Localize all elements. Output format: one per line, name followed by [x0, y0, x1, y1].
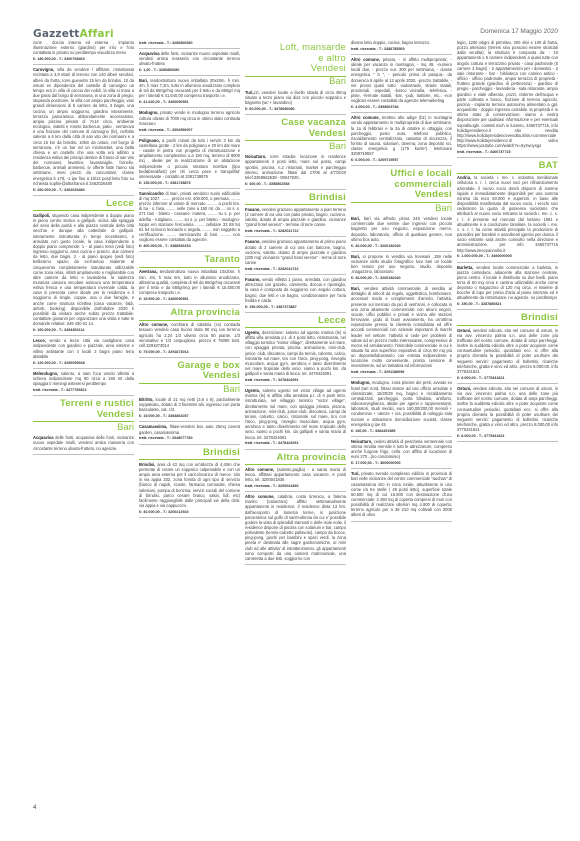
ad-body: Avetrana, tendostruttura nuova imballata…: [139, 269, 240, 295]
classified-ad: Fasano, vendesi grazioso appartamento a …: [245, 207, 346, 237]
ad-body: Ugento, descrizione: salento ad ugento m…: [245, 330, 346, 376]
ad-price-phone: €: 8.000,00 - T.: 3775341821: [457, 433, 558, 439]
ad-body: Modugno, modugno, zona piscine dei preti…: [351, 380, 452, 426]
section-header: Taranto: [139, 255, 240, 267]
ad-text: vendo villetta 1 piano, arredata, con gi…: [245, 277, 346, 303]
city-title: Bari: [351, 204, 452, 215]
ad-body: Bitritto, locale di 21 mq netti (3,6 x 6…: [139, 397, 240, 412]
ad-price-phone: €: 160.000,00 - T.: 3494306114: [33, 328, 134, 334]
ad-body: Acquaviva delle fonti, vicinanze nuovo o…: [139, 51, 240, 66]
section-header: Brindisi: [245, 193, 346, 205]
section-header: Altra provincia: [139, 308, 240, 320]
section-header: Altra provincia: [245, 453, 346, 465]
category-title: Lecce: [33, 199, 134, 210]
classified-ad: Acquaviva delle fonti, vicinanze nuovo o…: [139, 51, 240, 76]
classified-ad: Modugno, modugno, zona piscine dei preti…: [351, 380, 452, 436]
column-4: divano letto doppio, cucina, bagno terra…: [351, 40, 452, 803]
classified-ad: Bitritto, locale di 21 mq netti (3,6 x 6…: [139, 397, 240, 422]
section-divider: [245, 464, 346, 465]
ad-body: Sannicandro di Bari, privati vendono suo…: [139, 191, 240, 243]
ad-price-phone: tratt. riservata - T.: 3388785569: [351, 46, 452, 52]
ad-body: Altro comune, calabria, costa tirrenica,…: [245, 494, 346, 561]
ad-text: vendo a lecce città via castiglione casa…: [33, 338, 134, 358]
section-divider: [457, 325, 558, 326]
ad-body: Fasano, vendesi grazioso appartamento a …: [245, 207, 346, 228]
ad-body: Altro comune, (salento,puglia) - a santa…: [245, 467, 346, 482]
classified-ad: Turi,zzi, vendesi locale a livello strad…: [245, 90, 346, 115]
category-title: Taranto: [139, 255, 240, 266]
classified-ad: Turi, privato svende complesso edilizio …: [351, 471, 452, 522]
section-divider: [245, 204, 346, 205]
section-header: Brindisi: [457, 313, 558, 325]
category-subtitle: Vendesi: [245, 64, 346, 75]
section-header: Lecce: [245, 316, 346, 328]
ad-text: descrizione: salento ad ugento marina (l…: [245, 330, 346, 376]
masthead-accent: Affari: [80, 28, 114, 40]
section-divider: [139, 320, 240, 321]
ad-text: vendesi attività commerciale di vendita …: [351, 286, 452, 368]
ad-price-phone: tratt. riservata - T.: 3280860680: [139, 40, 240, 46]
ad-price-phone: €: 41.640,00 - T.: 3460090551: [139, 100, 240, 106]
classified-ad: Noicattaro, cedesi attività di pescheria…: [351, 439, 452, 469]
classified-ad: Altro comune, corchiara di calabria (cs)…: [139, 322, 240, 358]
ad-body: Polignano, a pochi minuti da tutti i ser…: [139, 138, 240, 179]
ad-text: privato svende complesso edilizio in pro…: [351, 471, 452, 517]
classified-ad: Ugento, salento ugento nel victor villag…: [245, 388, 346, 449]
section-header: Case vacanzaVendesiBari: [245, 118, 346, 152]
ad-text: di Bari, privati vendono suolo edificabi…: [139, 191, 240, 242]
ad-price-phone: €: 15.000,00 - T.: 3384864037: [139, 414, 240, 420]
section-divider: [33, 210, 134, 211]
ad-body: Turi,zzi, vendesi locale a livello strad…: [245, 90, 346, 105]
category-title: Case vacanza: [245, 118, 346, 129]
ad-price-phone: €: 180.000,00 - T.: 3400798463: [33, 57, 134, 63]
category-title: Loft, mansarde: [245, 43, 346, 54]
ad-text: locale di 21 mq netti (3,6 x 6), parzial…: [139, 397, 240, 412]
ad-price-phone: €: 60.000,00 - T.: 3478080080: [245, 106, 346, 112]
classified-ad: Sannicandro di Bari, privati vendono suo…: [139, 191, 240, 252]
ad-price-phone: €: 4.000,00 - T.: 3398663784: [351, 105, 452, 111]
ad-body: Altro comune, corchiara di calabria (cs)…: [139, 322, 240, 348]
ad-price-phone: €: 1.000.000,00 - T.: 3460000000: [457, 254, 558, 260]
page-number: 4: [33, 805, 36, 811]
classified-ad: Bari, vendesi attività commerciale di ve…: [351, 286, 452, 378]
column-2: tratt. riservata - T.: 3280860680Acquavi…: [139, 40, 240, 803]
category-subtitle: Vendesi: [33, 410, 134, 421]
ad-price-phone: tratt. riservata - T.: 3282041722: [245, 266, 346, 272]
ad-body: Ostuni, vendesi edicola, sita nel comune…: [457, 328, 558, 374]
category-title: Altra provincia: [139, 308, 240, 319]
ad-text: stupendo casa indipendente a doppio pian…: [33, 213, 134, 326]
city-title: Bari: [33, 423, 134, 434]
ad-body: Acquaviva delle fonti, acquaviva delle f…: [33, 435, 134, 450]
ad-body: zone , doccia interna ed esterna , impia…: [33, 40, 134, 55]
classified-ad: Lecce, vendo a lecce città via castiglio…: [33, 338, 134, 368]
category-title: Brindisi: [245, 193, 346, 204]
ad-price-phone: €: 400.000,00 - T.: 3388546154: [139, 244, 240, 250]
ad-body: divano letto doppio, cucina, bagno terra…: [351, 40, 452, 45]
category-subtitle: Vendesi: [139, 371, 240, 382]
ad-price-phone: tratt. riservata - T.: 3460737715: [457, 149, 558, 155]
classified-ad: Bari, tendostruttura nuovo imballata 20x…: [139, 78, 240, 108]
classified-ad: Casamassima, fittasi-vendesi box auto 25…: [139, 424, 240, 444]
masthead-prefix: Gazzett: [33, 28, 80, 40]
classified-ad: Avetrana, tendostruttura nuova imballata…: [139, 269, 240, 305]
ad-body: Modugno, privato vende in modugno terren…: [139, 110, 240, 125]
issue-date: Domenica 17 Maggio 2020: [480, 28, 558, 35]
ad-body: Fasano, vendo villetta 1 piano, arredata…: [245, 277, 346, 303]
classified-ad: Fasano, vendo villetta 1 piano, arredata…: [245, 277, 346, 313]
ad-price-phone: tratt. riservata - T.: 3477769822: [33, 387, 134, 393]
ad-text: modugno, zona piscine dei preti, avviato…: [351, 380, 452, 426]
classifieds-columns: zone , doccia interna ed esterna , impia…: [33, 40, 558, 803]
ad-body: Barletta, vendesi locale commerciale a b…: [457, 265, 558, 301]
ad-price-phone: €: 1,00 - T.: 3280860680: [139, 67, 240, 73]
section-divider: [139, 459, 240, 460]
classified-ad: Altro comune, privato, - in affitto mult…: [351, 57, 452, 113]
ad-price-phone: €: 120.000,00 - T.: 3290059048: [33, 360, 134, 366]
category-title: Altra provincia: [245, 453, 346, 464]
classified-ad: Bari, bari via alfredo pinna 246 vendesi…: [351, 216, 452, 252]
ad-text: a pochi minuti da tutti i servizi 3 km d…: [139, 138, 240, 179]
ad-body: Bari, tendostruttura nuovo imballata 20x…: [139, 78, 240, 99]
category-title: Brindisi: [139, 448, 240, 459]
classified-ad: Gallipoli, stupendo casa indipendente a …: [33, 213, 134, 336]
ad-text: trentino alto adige (bz) in montagna ven…: [351, 115, 452, 156]
ad-price-phone: tratt. riservata - T.: 3291188098: [351, 370, 452, 376]
ad-body: Noicattaro, torre stradia- locazione in …: [245, 154, 346, 180]
ad-text: villa da vendere / affittare, ristruttur…: [33, 67, 134, 185]
section-header: Brindisi: [139, 448, 240, 460]
ad-body: Andria, la società i. me. c. industria m…: [457, 175, 558, 252]
ad-body: Gallipoli, stupendo casa indipendente a …: [33, 213, 134, 326]
ad-text: zone , doccia interna ed esterna , impia…: [33, 40, 134, 55]
ad-text: la società i. me. c. industria meridiona…: [457, 175, 558, 252]
ad-text: area di 43 mq con un'altezza di 4,40m ch…: [139, 462, 240, 508]
ad-price-phone: €: 135.000,00 - T.: 3381738876: [139, 180, 240, 186]
section-header: Garage e boxVendesiBari: [139, 361, 240, 395]
ad-text: privato, - in affitto multiproprieta', -…: [351, 57, 452, 103]
ad-price-phone: €: 8.000,00 - T.: 3775341821: [457, 375, 558, 381]
ad-body: Lecce, vendo a lecce città via castiglio…: [33, 338, 134, 359]
ad-text: divano letto doppio, cucina, bagno terra…: [351, 40, 430, 45]
ad-body: Ostuni, vendesi edicola, sita nel comune…: [457, 386, 558, 432]
ad-price-phone: €: 46.000,00 - T.: 3200182040: [351, 243, 452, 249]
classified-ad: Altro comune, calabria, costa tirrenica,…: [245, 494, 346, 565]
city-title: Bari: [245, 77, 346, 88]
ad-text: salento ugento nel victor village ad uge…: [245, 388, 346, 439]
column-5: legio, 1200 vitigni di primitivo, 200 ol…: [457, 40, 558, 803]
city-title: Bari: [139, 385, 240, 396]
ad-body: Melendugno, salento, a sam foca vendo vi…: [33, 371, 134, 386]
ad-body: Ugento, salento ugento nel victor villag…: [245, 388, 346, 440]
classified-ad: Carovigno, villa da vendere / affittare,…: [33, 67, 134, 195]
masthead-logo: GazzettAffari: [33, 28, 114, 40]
section-header: BAT: [457, 161, 558, 173]
classified-ad: Acquaviva delle fonti, acquaviva delle f…: [33, 435, 134, 455]
ad-price-phone: €: 150,00 - T.: 3287880821: [457, 302, 558, 308]
ad-body: Fasano, vendesi grazioso appartamento al…: [245, 239, 346, 265]
ad-text: calabria, costa tirrenica, a falerna mar…: [245, 494, 346, 561]
ad-text: si propone in vendita via trevisani ,159…: [351, 254, 452, 274]
column-1: zone , doccia interna ed esterna , impia…: [33, 40, 134, 803]
column-3: Loft, mansardee altroVendesiBariTuri,zzi…: [245, 40, 346, 803]
ad-price-phone: €: 260.000,00 - T.: 3462026480: [33, 187, 134, 193]
section-divider: [457, 173, 558, 174]
ad-body: Altro comune, privato, - in affitto mult…: [351, 57, 452, 103]
ad-text: vendesi grazioso appartamento a pian ter…: [245, 207, 346, 227]
classified-ad: Brindisi, area di 43 mq con un'altezza d…: [139, 462, 240, 518]
ad-price-phone: €: 40.000,00 - T.: 3200212923: [139, 509, 240, 515]
classified-ad: Ugento, descrizione: salento ad ugento m…: [245, 330, 346, 386]
ad-body: Bari, vendesi attività commerciale di ve…: [351, 286, 452, 369]
category-subtitle: Vendesi: [245, 129, 346, 140]
section-divider: [139, 267, 240, 268]
ad-text: vendesi edicola, sita nel comune di ostu…: [457, 386, 558, 432]
ad-price-phone: tratt. riservata - T.: 3200041836: [245, 483, 346, 489]
classified-ad: tratt. riservata - T.: 3280860680: [139, 40, 240, 49]
classified-ad: legio, 1200 vitigni di primitivo, 200 ol…: [457, 40, 558, 158]
classified-ad: Ostuni, vendesi edicola, sita nel comune…: [457, 386, 558, 442]
section-header: Lecce: [33, 199, 134, 211]
ad-price-phone: €: 46.000,00 - T.: 3200182040: [351, 275, 452, 281]
classified-ad: divano letto doppio, cucina, bagno terra…: [351, 40, 452, 55]
ad-body: Carovigno, villa da vendere / affittare,…: [33, 67, 134, 186]
ad-price-phone: tratt. riservata - T.: 3478424091: [245, 378, 346, 384]
ad-body: Brindisi, area di 43 mq con un'altezza d…: [139, 462, 240, 508]
ad-body: Noicattaro, cedesi attività di pescheria…: [351, 439, 452, 460]
classified-ad: Bari, si propone in vendita via trevisan…: [351, 254, 452, 284]
classified-ad: Altro comune, (salento,puglia) - a santa…: [245, 467, 346, 492]
ad-price-phone: tratt. riservata - T.: 3394596097: [139, 127, 240, 133]
category-title: BAT: [457, 161, 558, 172]
ad-text: zzi, vendesi locale a livello strada di …: [245, 90, 346, 105]
ad-body: Casamassima, fittasi-vendesi box auto 25…: [139, 424, 240, 434]
classified-ad: Ostuni, vendesi edicola, sita nel comune…: [457, 328, 558, 384]
classified-ad: Barletta, vendesi locale commerciale a b…: [457, 265, 558, 311]
section-header: Uffici e localicommercialiVendesiBari: [351, 169, 452, 214]
ad-body: Altro comune, trentino alto adige (bz) i…: [351, 115, 452, 156]
ad-text: vendesi grazioso appartamento al primo p…: [245, 239, 346, 265]
classified-ad: Fasano, vendesi grazioso appartamento al…: [245, 239, 346, 275]
ad-price-phone: tratt. riservata - T.: 3282041722: [245, 229, 346, 235]
classified-ad: Melendugno, salento, a sam foca vendo vi…: [33, 371, 134, 396]
ad-price-phone: tratt. riservata - T.: 3478424091: [245, 441, 346, 447]
classified-ad: Polignano, a pochi minuti da tutti i ser…: [139, 138, 240, 189]
ad-text: tendostruttura nuovo imballata 20x40m. h…: [139, 78, 240, 98]
section-header: Loft, mansardee altroVendesiBari: [245, 43, 346, 88]
ad-text: legio, 1200 vitigni di primitivo, 200 ol…: [457, 40, 558, 148]
category-title: Terreni e rustici: [33, 399, 134, 410]
classified-ad: Altro comune, trentino alto adige (bz) i…: [351, 115, 452, 166]
ad-body: Bari, si propone in vendita via trevisan…: [351, 254, 452, 275]
ad-text: vendesi edicola, sita nel comune di ostu…: [457, 328, 558, 374]
ad-body: Turi, privato svende complesso edilizio …: [351, 471, 452, 517]
classified-ad: Modugno, privato vende in modugno terren…: [139, 110, 240, 135]
ad-text: bari via alfredo pinna 246 vendesi local…: [351, 216, 452, 242]
category-title: Brindisi: [457, 313, 558, 324]
category-title: Lecce: [245, 316, 346, 327]
ad-price-phone: €: 17.000,00 - T.: 3600000000: [351, 461, 452, 467]
category-subtitle: Vendesi: [351, 190, 452, 201]
ad-price-phone: €: 15.500,00 - T.: 3460090551: [139, 296, 240, 302]
ad-body: legio, 1200 vitigni di primitivo, 200 ol…: [457, 40, 558, 148]
ad-price-phone: €: 400,00 - T.: 3358562538: [245, 181, 346, 187]
section-header: Terreni e rusticiVendesiBari: [33, 399, 134, 433]
section-divider: [245, 327, 346, 328]
ad-price-phone: tratt. riservata - T.: 3348077780: [139, 436, 240, 442]
classified-ad: zone , doccia interna ed esterna , impia…: [33, 40, 134, 65]
ad-price-phone: €: 75.000,00 - T.: 3291873014: [139, 349, 240, 355]
ad-body: Bari, bari via alfredo pinna 246 vendesi…: [351, 216, 452, 242]
ad-price-phone: €: 150.000,00 - T.: 3387373887: [245, 304, 346, 310]
classified-ad: Andria, la società i. me. c. industria m…: [457, 175, 558, 262]
ad-price-phone: €: 6.000,00 - T.: 3209719557: [351, 158, 452, 164]
classified-ad: Noicattaro, torre stradia- locazione in …: [245, 154, 346, 190]
ad-price-phone: €: 160,00 - T.: 3384491589: [351, 428, 452, 434]
city-title: Bari: [245, 142, 346, 153]
ad-text: vendesi locale commerciale a barletta, i…: [457, 265, 558, 301]
